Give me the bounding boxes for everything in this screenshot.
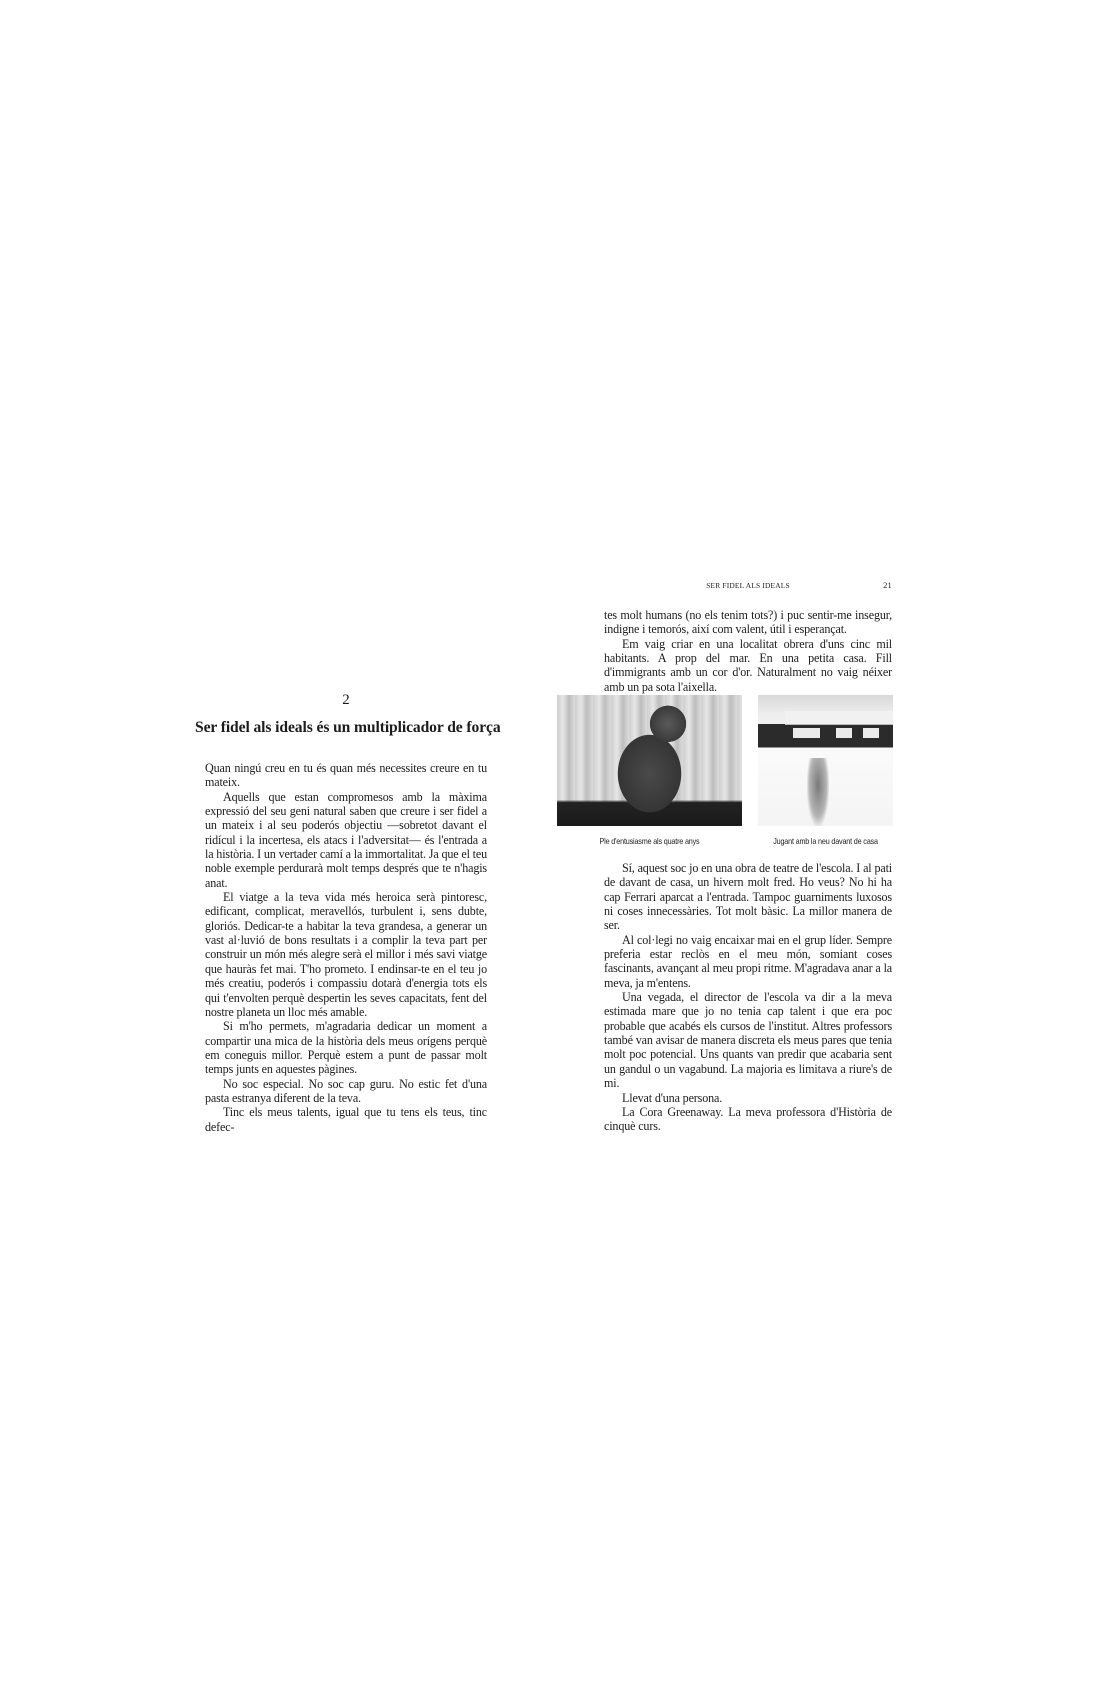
paragraph: Quan ningú creu en tu és quan més necess…	[205, 761, 487, 790]
house-window	[863, 728, 879, 738]
house-window	[836, 728, 852, 738]
chapter-title: Ser fidel als ideals és un multiplicador…	[195, 717, 497, 739]
house-roof	[785, 711, 893, 725]
page-number: 21	[883, 580, 892, 590]
paragraph: Al col·legi no vaig encaixar mai en el g…	[604, 933, 892, 990]
running-head-title: Ser fidel als ideals	[604, 581, 892, 590]
paragraph: tes molt humans (no els tenim tots?) i p…	[604, 608, 892, 637]
chapter-number: 2	[205, 690, 487, 710]
paragraph: El viatge a la teva vida més heroica ser…	[205, 890, 487, 1019]
house-window	[793, 728, 820, 738]
paragraph: Si m'ho permets, m'agradaria dedicar un …	[205, 1019, 487, 1076]
paragraph: Tinc els meus talents, igual que tu tens…	[205, 1105, 487, 1134]
right-page-body: Sí, aquest soc jo en una obra de teatre …	[604, 861, 892, 1134]
paragraph: Sí, aquest soc jo en una obra de teatre …	[604, 861, 892, 933]
photo-figures: Ple d'entusiasme als quatre anys Jugant …	[557, 695, 893, 845]
running-head: Ser fidel als ideals 21	[604, 578, 892, 592]
paragraph: Aquells que estan compromesos amb la màx…	[205, 790, 487, 890]
figure-child-costume: Ple d'entusiasme als quatre anys	[557, 695, 742, 846]
figure-child-snow: Jugant amb la neu davant de casa	[758, 695, 893, 846]
figure-caption: Ple d'entusiasme als quatre anys	[570, 836, 729, 846]
figure-caption: Jugant amb la neu davant de casa	[767, 836, 883, 846]
child-figure	[807, 758, 829, 826]
paragraph: La Cora Greenaway. La meva professora d'…	[604, 1105, 892, 1134]
child-in-costume-photo	[557, 695, 742, 826]
paragraph: No soc especial. No soc cap guru. No est…	[205, 1077, 487, 1106]
child-in-snow-photo	[758, 695, 893, 826]
paragraph: Em vaig criar en una localitat obrera d'…	[604, 637, 892, 694]
right-page-top-text: tes molt humans (no els tenim tots?) i p…	[604, 608, 892, 694]
left-page-body: Quan ningú creu en tu és quan més necess…	[205, 761, 487, 1134]
book-spread: 2 Ser fidel als ideals és un multiplicad…	[0, 0, 1100, 1698]
paragraph: Una vegada, el director de l'escola va d…	[604, 990, 892, 1090]
paragraph: Llevat d'una persona.	[604, 1091, 892, 1105]
